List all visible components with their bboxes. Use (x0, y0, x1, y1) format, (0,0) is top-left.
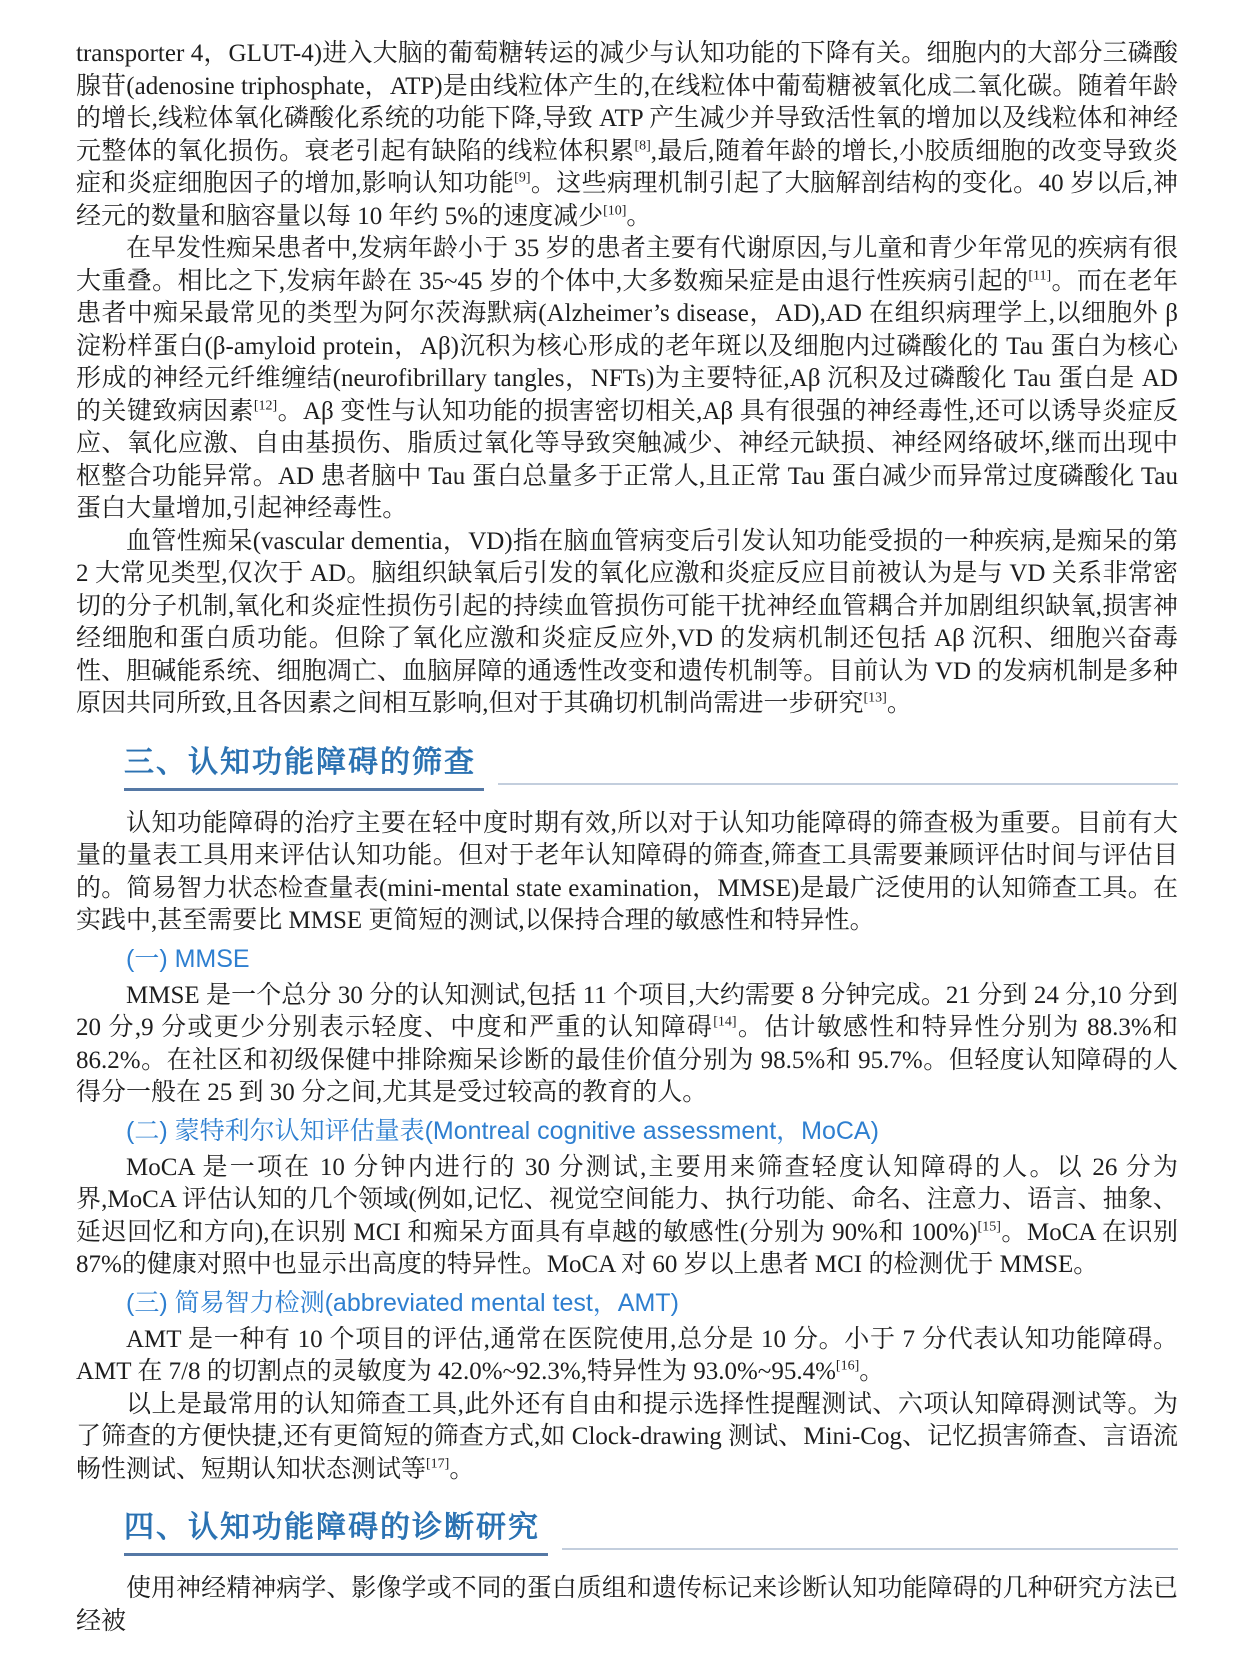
paragraph: transporter 4，GLUT-4)进入大脑的葡萄糖转运的减少与认知功能的… (76, 38, 1178, 233)
paragraph: MMSE 是一个总分 30 分的认知测试,包括 11 个项目,大约需要 8 分钟… (76, 980, 1178, 1110)
section-heading-text: 三、认知功能障碍的筛查 (124, 745, 484, 791)
citation-ref: [17] (426, 1456, 449, 1471)
section-heading: 四、认知功能障碍的诊断研究 (124, 1510, 1178, 1556)
sub-heading: (二) 蒙特利尔认知评估量表(Montreal cognitive assess… (76, 1111, 1178, 1151)
citation-ref: [12] (254, 398, 277, 413)
section-heading-text: 四、认知功能障碍的诊断研究 (124, 1510, 548, 1556)
paragraph: 使用神经精神病学、影像学或不同的蛋白质组和遗传标记来诊断认知功能障碍的几种研究方… (76, 1573, 1178, 1638)
document-body: transporter 4，GLUT-4)进入大脑的葡萄糖转运的减少与认知功能的… (76, 38, 1178, 1638)
section-heading-rule (562, 1548, 1178, 1550)
paragraph: 血管性痴呆(vascular dementia，VD)指在脑血管病变后引发认知功… (76, 526, 1178, 721)
sub-heading: (一) MMSE (76, 939, 1178, 979)
citation-ref: [10] (603, 203, 626, 218)
section-heading: 三、认知功能障碍的筛查 (124, 745, 1178, 791)
citation-ref: [9] (514, 171, 530, 186)
citation-ref: [11] (1028, 268, 1051, 283)
paragraph: 认知功能障碍的治疗主要在轻中度时期有效,所以对于认知功能障碍的筛查极为重要。目前… (76, 808, 1178, 938)
citation-ref: [8] (634, 138, 650, 153)
sub-heading: (三) 简易智力检测(abbreviated mental test，AMT) (76, 1283, 1178, 1323)
section-heading-rule (498, 783, 1178, 785)
paragraph: MoCA 是一项在 10 分钟内进行的 30 分测试,主要用来筛查轻度认知障碍的… (76, 1152, 1178, 1282)
document-page: transporter 4，GLUT-4)进入大脑的葡萄糖转运的减少与认知功能的… (0, 0, 1254, 1666)
citation-ref: [13] (864, 691, 887, 706)
citation-ref: [14] (713, 1015, 736, 1030)
citation-ref: [16] (836, 1359, 859, 1374)
paragraph: 以上是最常用的认知筛查工具,此外还有自由和提示选择性提醒测试、六项认知障碍测试等… (76, 1389, 1178, 1487)
citation-ref: [15] (978, 1219, 1001, 1234)
paragraph: 在早发性痴呆患者中,发病年龄小于 35 岁的患者主要有代谢原因,与儿童和青少年常… (76, 233, 1178, 526)
paragraph: AMT 是一种有 10 个项目的评估,通常在医院使用,总分是 10 分。小于 7… (76, 1324, 1178, 1389)
